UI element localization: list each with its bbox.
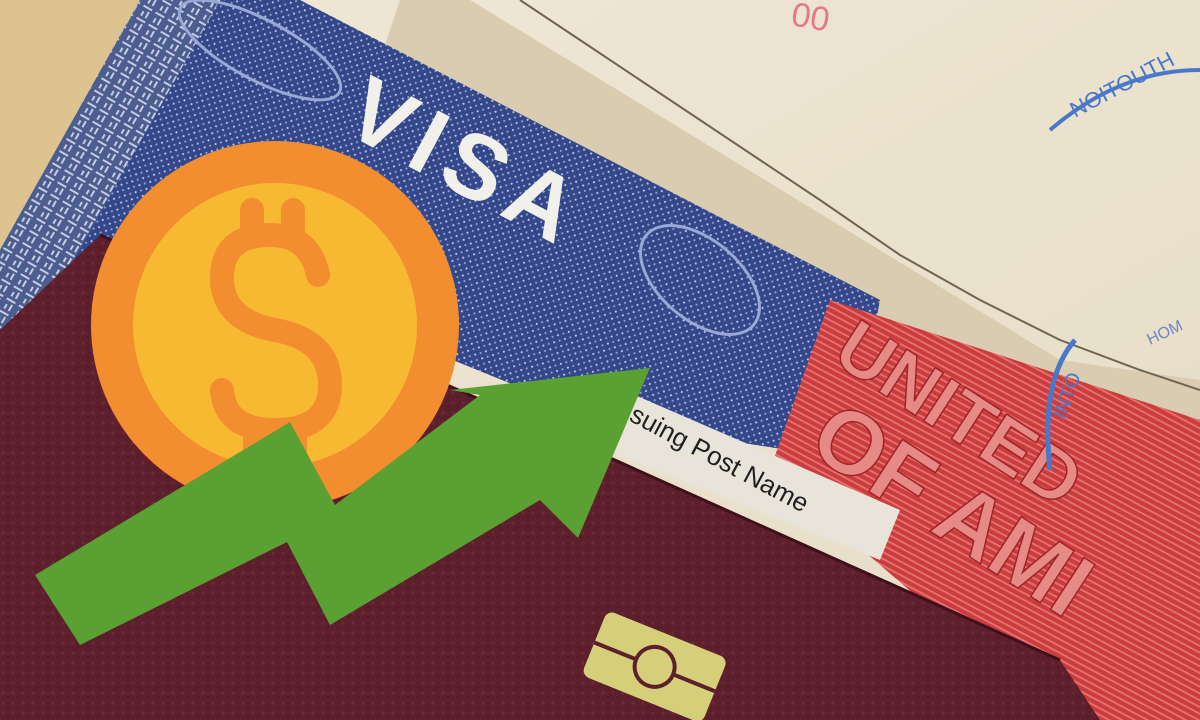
visa-cost-illustration: VISA UNITED OF AMI suing Post Name NOITO…: [0, 0, 1200, 720]
stamp-red-mark: 00: [789, 0, 833, 39]
scene-canvas: VISA UNITED OF AMI suing Post Name NOITO…: [0, 0, 1200, 720]
